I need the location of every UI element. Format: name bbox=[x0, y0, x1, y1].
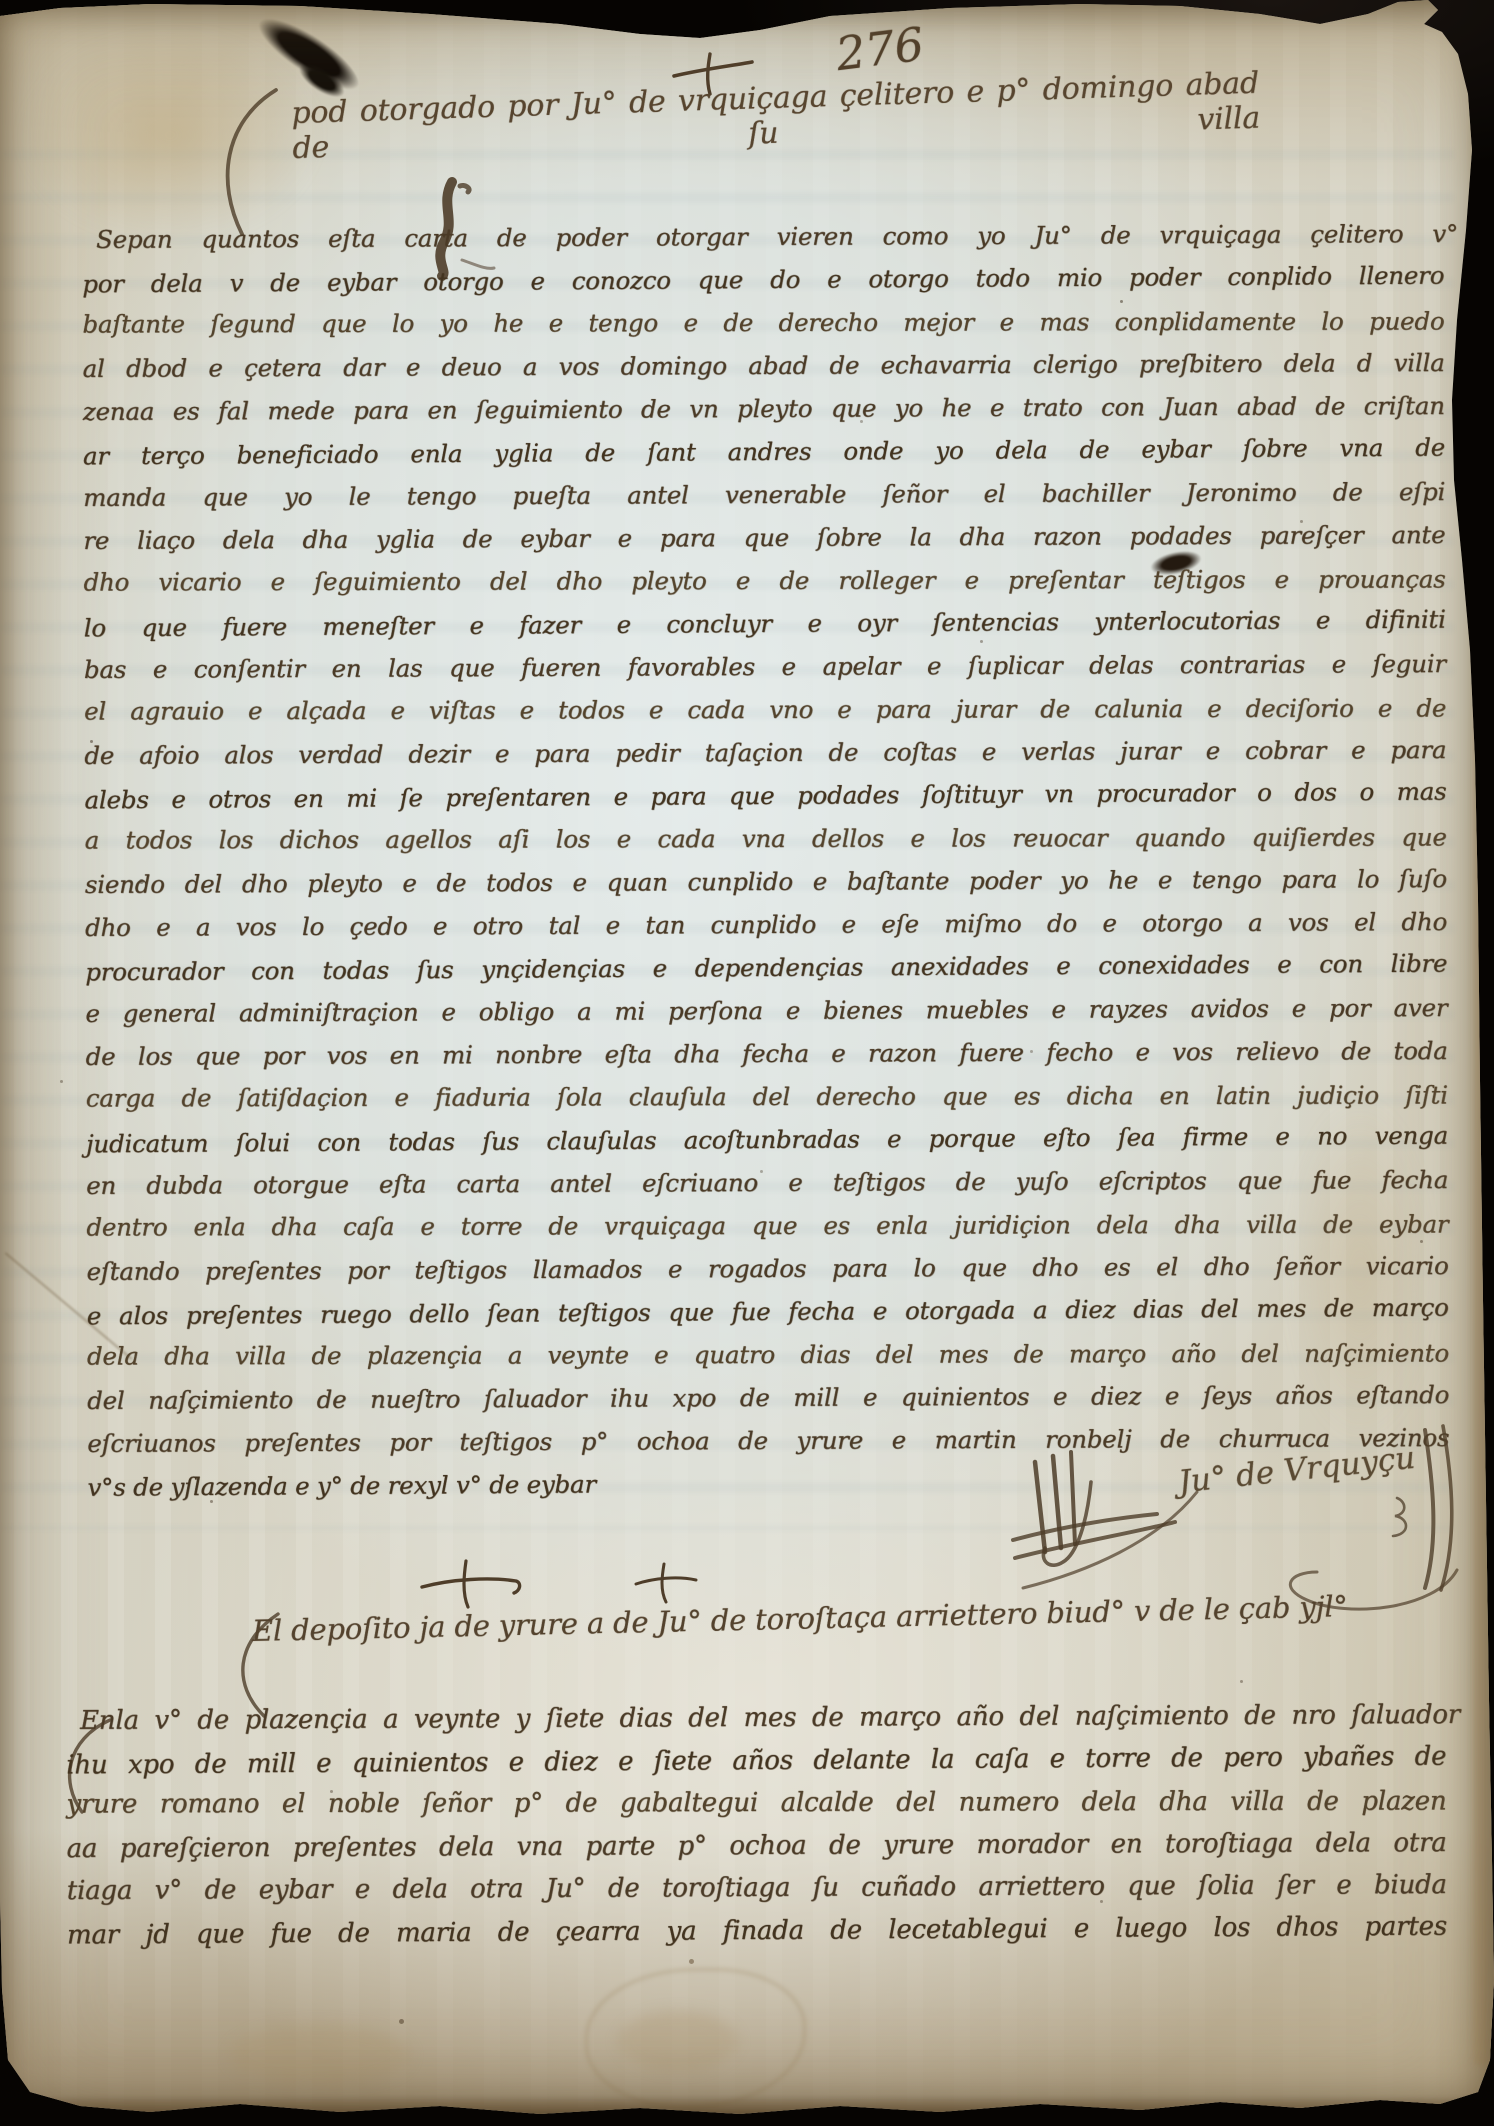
manuscript-scan: 276 pod otorgado por Ju° de vrquiçaga çe… bbox=[0, 0, 1494, 2126]
cross-mark-icon bbox=[418, 1555, 528, 1610]
paper-stain bbox=[230, 2025, 410, 2085]
document2-body: Enla v° de plazençia a veynte y ſiete di… bbox=[66, 1694, 1461, 1955]
manuscript-line: bas e conſentir en las que fueren favora… bbox=[84, 642, 1446, 691]
manuscript-line: carga de ſatiſdaçion e fiaduria ſola cla… bbox=[86, 1073, 1448, 1119]
manuscript-line: al dbod e çetera dar e deuo a vos doming… bbox=[83, 341, 1445, 390]
manuscript-line: por dela v de eybar otorgo e conozco que… bbox=[82, 254, 1444, 306]
manuscript-line: dentro enla dha caſa e torre de vrquiçag… bbox=[86, 1202, 1448, 1248]
manuscript-line: mar jd que fue de maria de çearra ya fin… bbox=[67, 1905, 1447, 1956]
manuscript-line: del naſçimiento de nueſtro ſaluador ihu … bbox=[87, 1373, 1449, 1422]
manuscript-line: lo que fuere meneſter e fazer e concluyr… bbox=[84, 598, 1446, 650]
manuscript-line: manda que yo le tengo pueſta antel vener… bbox=[83, 470, 1445, 519]
manuscript-line: de los que por vos en mi nonbre eſta dha… bbox=[86, 1029, 1448, 1078]
manuscript-line: ihu xpo de mill e quinientos e diez e ſi… bbox=[66, 1735, 1446, 1786]
manuscript-line: zenaa es fal mede para en ſeguimiento de… bbox=[83, 384, 1445, 433]
manuscript-line: dela dha villa de plazençia a veynte e q… bbox=[87, 1331, 1449, 1377]
page-fore-edge bbox=[1473, 120, 1489, 2066]
manuscript-line: siendo del dho pleyto e de todos e quan … bbox=[85, 857, 1447, 906]
paper-stain bbox=[585, 1968, 806, 2109]
paper-specks bbox=[0, 0, 3, 3]
manuscript-line: Sepan quantos eſta carta de poder otorga… bbox=[82, 212, 1458, 261]
manuscript-line: Enla v° de plazençia a veynte y ſiete di… bbox=[66, 1694, 1460, 1743]
manuscript-page: 276 pod otorgado por Ju° de vrquiçaga çe… bbox=[0, 0, 1494, 2126]
document2-heading: El depoſito ja de yrure a de Ju° de toro… bbox=[252, 1589, 1348, 1648]
document1-body: Sepan quantos eſta carta de poder otorga… bbox=[82, 212, 1464, 1508]
manuscript-line: tiaga v° de eybar e dela otra Ju° de tor… bbox=[67, 1864, 1447, 1913]
folio-number: 276 bbox=[833, 17, 927, 81]
manuscript-line: a todos los dichos agellos aſi los e cad… bbox=[85, 815, 1447, 861]
document1-heading: pod otorgado por Ju° de vrquiçaga çelite… bbox=[291, 66, 1261, 166]
manuscript-line: ar terço beneficiado enla yglia de ſant … bbox=[83, 426, 1445, 478]
manuscript-line: e alos preſentes ruego dello ſean teſtig… bbox=[87, 1286, 1449, 1338]
page-bottom-edge bbox=[0, 2096, 1494, 2126]
manuscript-line: en dubda otorgue eſta carta antel eſcriu… bbox=[86, 1158, 1448, 1207]
manuscript-line: eſtando preſentes por teſtigos llamados … bbox=[87, 1244, 1449, 1293]
manuscript-line: dho e a vos lo çedo e otro tal e tan cun… bbox=[85, 900, 1447, 949]
manuscript-line: de afoio alos verdad dezir e para pedir … bbox=[84, 728, 1446, 777]
manuscript-line: dho vicario e ſeguimiento del dho pleyto… bbox=[84, 557, 1446, 603]
manuscript-line: el agrauio e alçada e viſtas e todos e c… bbox=[84, 686, 1446, 732]
manuscript-line: judicatum ſolui con todas ſus clauſulas … bbox=[86, 1114, 1448, 1166]
manuscript-line: procurador con todas ſus ynçidençias e d… bbox=[85, 942, 1447, 994]
manuscript-line: v°s de yſlazenda e y° de rexyl v° de eyb… bbox=[87, 1461, 858, 1509]
manuscript-line: e general adminiſtraçion e obligo a mi p… bbox=[85, 986, 1447, 1035]
manuscript-line: alebs e otros en mi ſe preſentaren e par… bbox=[84, 770, 1446, 822]
manuscript-line: baſtante ſegund que lo yo he e tengo e d… bbox=[82, 299, 1444, 345]
manuscript-line: re liaço dela dha yglia de eybar e para … bbox=[83, 513, 1445, 562]
manuscript-line: yrure romano el noble ſeñor p° de gabalt… bbox=[66, 1780, 1446, 1826]
cross-mark-icon bbox=[632, 1560, 702, 1605]
manuscript-line: aa pareſçieron preſentes dela vna parte … bbox=[67, 1821, 1447, 1870]
